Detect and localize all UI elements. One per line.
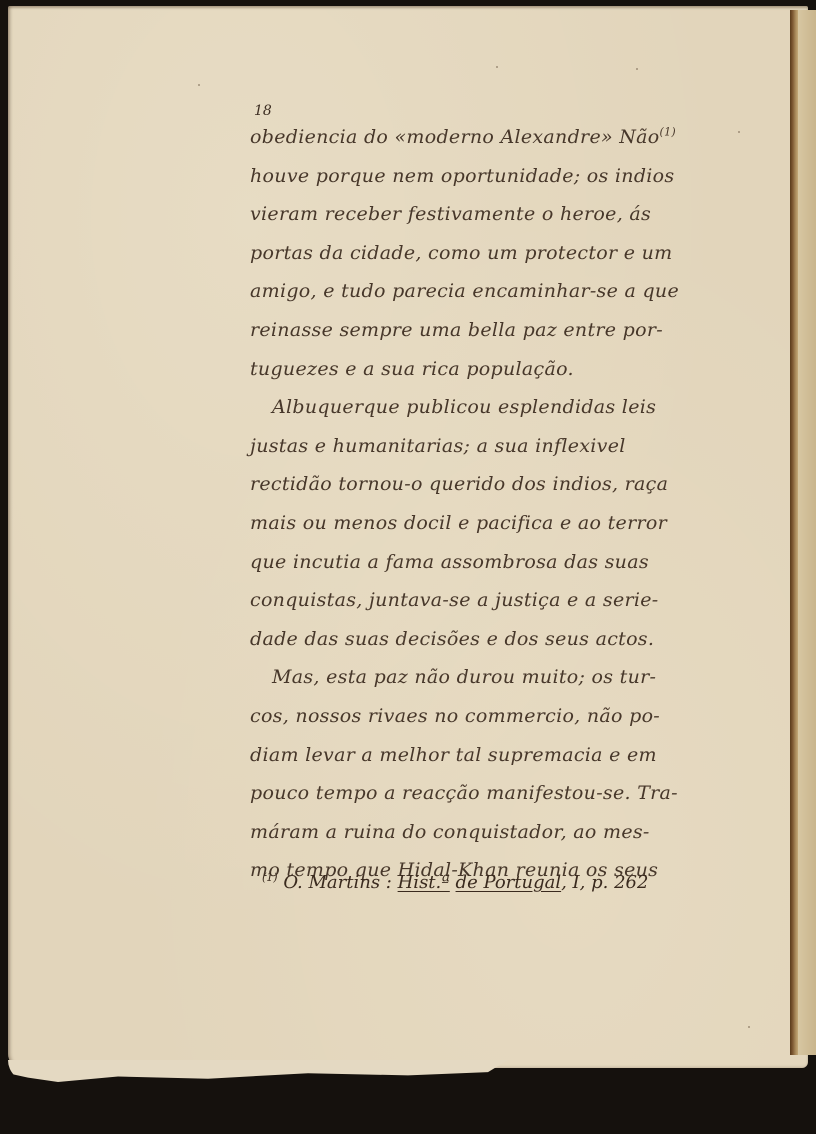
footnote-marker: (1) [262, 871, 278, 884]
paper-speck [738, 131, 740, 133]
torn-bottom-edge [8, 1060, 508, 1082]
paper-speck [748, 1026, 750, 1028]
text-line: dade das suas decisões e dos seus actos. [250, 620, 720, 659]
line-text: obediencia do «moderno Alexandre» Não [250, 126, 660, 148]
footnote-reference: (1) [660, 126, 676, 139]
footnote: (1) O. Martins : Hist.ª de Portugal, I, … [262, 872, 648, 893]
text-line: obediencia do «moderno Alexandre» Não(1) [250, 118, 720, 157]
text-line: que incutia a fama assombrosa das suas [250, 543, 720, 582]
paragraph-start-line: Albuquerque publicou esplendidas leis [250, 388, 720, 427]
text-line: tuguezes e a sua rica população. [250, 350, 720, 389]
paper-speck [636, 68, 638, 70]
paper-speck [198, 84, 200, 86]
text-line: reinasse sempre uma bella paz entre por- [250, 311, 720, 350]
text-line: rectidão tornou-o querido dos indios, ra… [250, 465, 720, 504]
footnote-author: O. Martins [283, 872, 380, 893]
text-line: diam levar a melhor tal supremacia e em [250, 736, 720, 775]
text-line: pouco tempo a reacção manifestou-se. Tra… [250, 774, 720, 813]
text-line: portas da cidade, como um protector e um [250, 234, 720, 273]
footnote-separator: : [386, 872, 392, 893]
text-line: vieram receber festivamente o heroe, ás [250, 195, 720, 234]
footnote-title: de Portugal [456, 872, 562, 893]
text-line: amigo, e tudo parecia encaminhar-se a qu… [250, 272, 720, 311]
text-line: houve porque nem oportunidade; os indios [250, 157, 720, 196]
scanned-page-image: 18 obediencia do «moderno Alexandre» Não… [0, 0, 816, 1134]
paragraph-start-line: Mas, esta paz não durou muito; os tur- [250, 658, 720, 697]
text-line: conquistas, juntava-se a justiça e a ser… [250, 581, 720, 620]
adjacent-leaf-edge [798, 10, 816, 1055]
footnote-title-abbrev: Hist.ª [398, 872, 450, 893]
paper-speck [496, 66, 498, 68]
text-line: máram a ruina do conquistador, ao mes- [250, 813, 720, 852]
text-line: justas e humanitarias; a sua inflexivel [250, 427, 720, 466]
manuscript-body: obediencia do «moderno Alexandre» Não(1)… [250, 118, 720, 890]
page-number: 18 [254, 103, 272, 119]
footnote-volume-page: , I, p. 262 [561, 872, 648, 893]
text-line: mais ou menos docil e pacifica e ao terr… [250, 504, 720, 543]
text-line: cos, nossos rivaes no commercio, não po- [250, 697, 720, 736]
binding-fold [790, 10, 798, 1055]
